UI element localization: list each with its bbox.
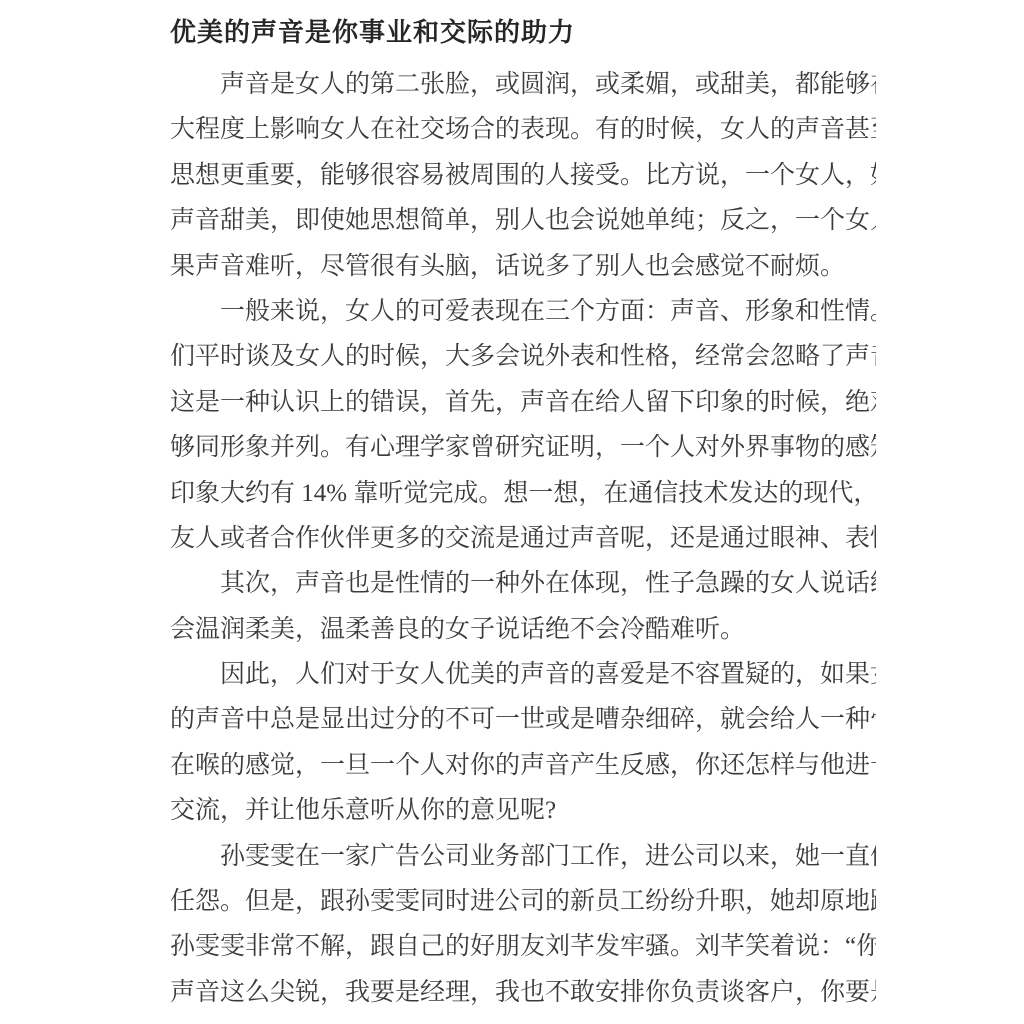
text-line: 孙雯雯非常不解，跟自己的好朋友刘芊发牢骚。刘芊笑着说：“你说话 (170, 924, 876, 969)
paragraph: 孙雯雯在一家广告公司业务部门工作，进公司以来，她一直任劳任怨。但是，跟孙雯雯同时… (170, 834, 876, 1016)
text-line: 果声音难听，尽管很有头脑，话说多了别人也会感觉不耐烦。 (170, 244, 876, 289)
text-line: 在喉的感觉，一旦一个人对你的声音产生反感，你还怎样与他进一步 (170, 743, 876, 788)
text-line: 这是一种认识上的错误，首先，声音在给人留下印象的时候，绝对能 (170, 380, 876, 425)
text-line: 们平时谈及女人的时候，大多会说外表和性格，经常会忽略了声音。 (170, 334, 876, 379)
text-line: 会温润柔美，温柔善良的女子说话绝不会冷酷难听。 (170, 607, 876, 652)
text-line: 孙雯雯在一家广告公司业务部门工作，进公司以来，她一直任劳 (170, 834, 876, 879)
text-line: 交流，并让他乐意听从你的意见呢? (170, 788, 876, 833)
chapter-title: 优美的声音是你事业和交际的助力 (170, 18, 876, 48)
paragraph: 一般来说，女人的可爱表现在三个方面：声音、形象和性情。我们平时谈及女人的时候，大… (170, 289, 876, 561)
text-line: 其次，声音也是性情的一种外在体现，性子急躁的女人说话绝不 (170, 561, 876, 606)
text-line: 思想更重要，能够很容易被周围的人接受。比方说，一个女人，如果 (170, 153, 876, 198)
text-line: 印象大约有 14% 靠听觉完成。想一想，在通信技术发达的现代，你与 (170, 471, 876, 516)
text-line: 够同形象并列。有心理学家曾研究证明，一个人对外界事物的感知和 (170, 425, 876, 470)
text-line: 的声音中总是显出过分的不可一世或是嘈杂细碎，就会给人一种骨鲠 (170, 697, 876, 742)
text-line: 一般来说，女人的可爱表现在三个方面：声音、形象和性情。我 (170, 289, 876, 334)
book-page: 优美的声音是你事业和交际的助力 声音是女人的第二张脸，或圆润，或柔媚，或甜美，都… (0, 0, 1024, 1024)
paragraph: 声音是女人的第二张脸，或圆润，或柔媚，或甜美，都能够在很大程度上影响女人在社交场… (170, 62, 876, 289)
text-line: 声音甜美，即使她思想简单，别人也会说她单纯；反之，一个女人如 (170, 198, 876, 243)
page-content: 优美的声音是你事业和交际的助力 声音是女人的第二张脸，或圆润，或柔媚，或甜美，都… (170, 18, 876, 1015)
text-line: 因此，人们对于女人优美的声音的喜爱是不容置疑的，如果女人 (170, 652, 876, 697)
body-text: 声音是女人的第二张脸，或圆润，或柔媚，或甜美，都能够在很大程度上影响女人在社交场… (170, 62, 876, 1015)
paragraph: 其次，声音也是性情的一种外在体现，性子急躁的女人说话绝不会温润柔美，温柔善良的女… (170, 561, 876, 652)
text-line: 声音是女人的第二张脸，或圆润，或柔媚，或甜美，都能够在很 (170, 62, 876, 107)
text-line: 任怨。但是，跟孙雯雯同时进公司的新员工纷纷升职，她却原地踏步。 (170, 879, 876, 924)
text-line: 友人或者合作伙伴更多的交流是通过声音呢，还是通过眼神、表情? (170, 516, 876, 561)
text-line: 大程度上影响女人在社交场合的表现。有的时候，女人的声音甚至比 (170, 107, 876, 152)
text-line: 声音这么尖锐，我要是经理，我也不敢安排你负责谈客户，你要是控 (170, 970, 876, 1015)
paragraph: 因此，人们对于女人优美的声音的喜爱是不容置疑的，如果女人的声音中总是显出过分的不… (170, 652, 876, 834)
